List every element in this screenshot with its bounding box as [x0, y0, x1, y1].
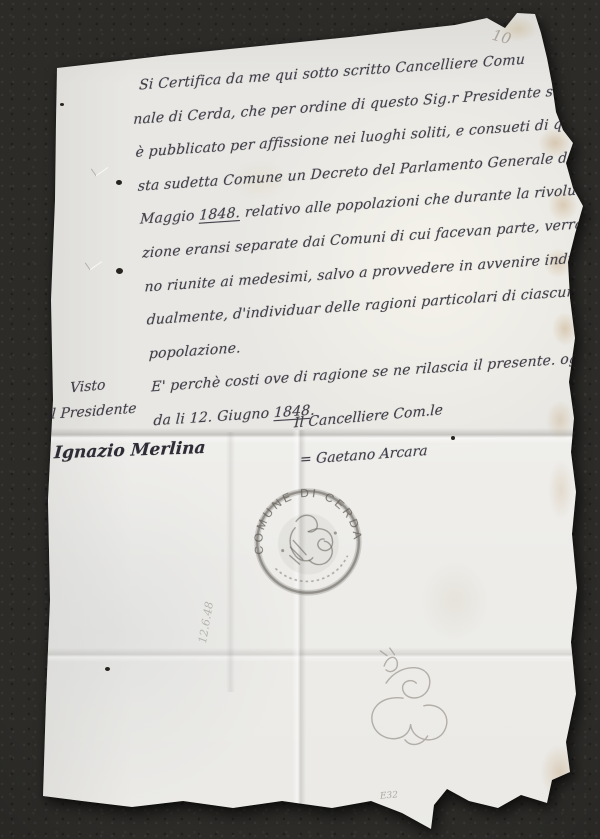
side-pencil-note: 12.6.48 [196, 601, 216, 645]
pencil-flourish-monogram [352, 642, 456, 762]
president-title: Il Presidente [46, 401, 137, 423]
ink-speck [451, 436, 455, 440]
paper-stain [420, 560, 490, 640]
letter-body: Si Certifica da me qui sotto scritto Can… [130, 39, 600, 439]
paper-hole [60, 103, 64, 106]
paper-hole [116, 180, 122, 185]
paper-shadow-wrap: Si Certifica da me qui sotto scritto Can… [0, 0, 600, 839]
paper-sheet: Si Certifica da me qui sotto scritto Can… [0, 0, 600, 839]
crease-mark [85, 255, 102, 271]
edge-stain [548, 460, 574, 520]
crease-mark [91, 161, 108, 177]
paper-hole [105, 667, 110, 671]
edge-stain [540, 744, 580, 800]
municipal-stamp: COMUNE DI CERDA [237, 471, 378, 612]
fold-crease-vertical-faint [226, 432, 235, 692]
visto-label: Visto [62, 377, 106, 397]
chancellor-signature: = Gaetano Arcara [300, 443, 428, 468]
fold-crease-horizontal-lower [45, 648, 575, 662]
bottom-pencil-mark: E32 [380, 790, 399, 802]
president-signature: = Ignazio Merlina [33, 438, 206, 464]
paper-hole [116, 268, 123, 274]
photographed-document: Si Certifica da me qui sotto scritto Can… [0, 0, 600, 839]
